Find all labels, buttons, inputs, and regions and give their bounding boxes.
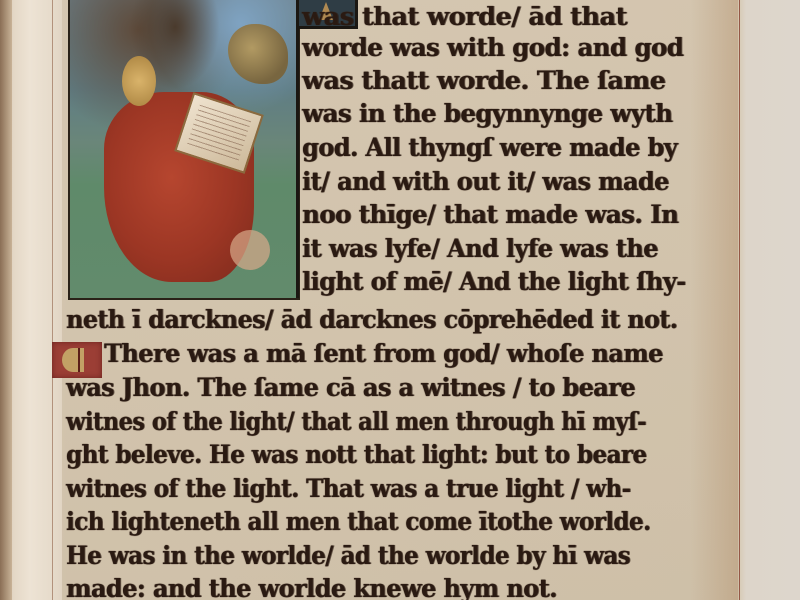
right-margin-rule [739, 0, 740, 600]
book-page: was that worde/ ād that worde was with g… [0, 0, 800, 600]
feet-image [230, 230, 270, 270]
text-line: was thatt worde. The ſame [302, 66, 665, 96]
text-line: ich lighteneth all men that come ītothe … [66, 507, 650, 537]
text-line: it/ and with out it/ was made [302, 167, 669, 197]
text-line: noo thīge/ that made was. In [302, 200, 678, 230]
initial-frame-rule [296, 0, 299, 298]
eagle-image [228, 24, 288, 84]
text-line: was that worde/ ād that [302, 2, 627, 32]
text-line: was Jhon. The ſame cā as a witnes / to b… [66, 373, 635, 403]
text-line: it was lyfe/ And lyfe was the [302, 234, 658, 264]
text-line: He was in the worlde/ ād the worlde by h… [66, 541, 630, 571]
text-line: There was a mā ſent from god/ whoſe name [104, 339, 663, 369]
text-line: ght beleve. He was nott that light: but … [66, 440, 646, 470]
text-line: made: and the worlde knewe hym not. [66, 574, 557, 600]
paper-stain [690, 0, 738, 600]
evangelist-illustration [68, 0, 300, 300]
left-margin-rule [52, 0, 53, 600]
text-line: witnes of the light/ that all men throug… [66, 407, 646, 437]
text-line: god. All thyngſ were made by [302, 133, 677, 163]
text-line: neth ī darcknes/ ād darcknes cōprehēded … [66, 305, 677, 335]
text-line: worde was with god: and god [302, 33, 683, 63]
halo-image [122, 56, 156, 106]
text-line: was in the begynnynge wyth [302, 99, 672, 129]
binding-gutter [0, 0, 12, 600]
text-line: light of mē/ And the light ſhy- [302, 267, 685, 297]
text-line: witnes of the light. That was a true lig… [66, 474, 631, 504]
